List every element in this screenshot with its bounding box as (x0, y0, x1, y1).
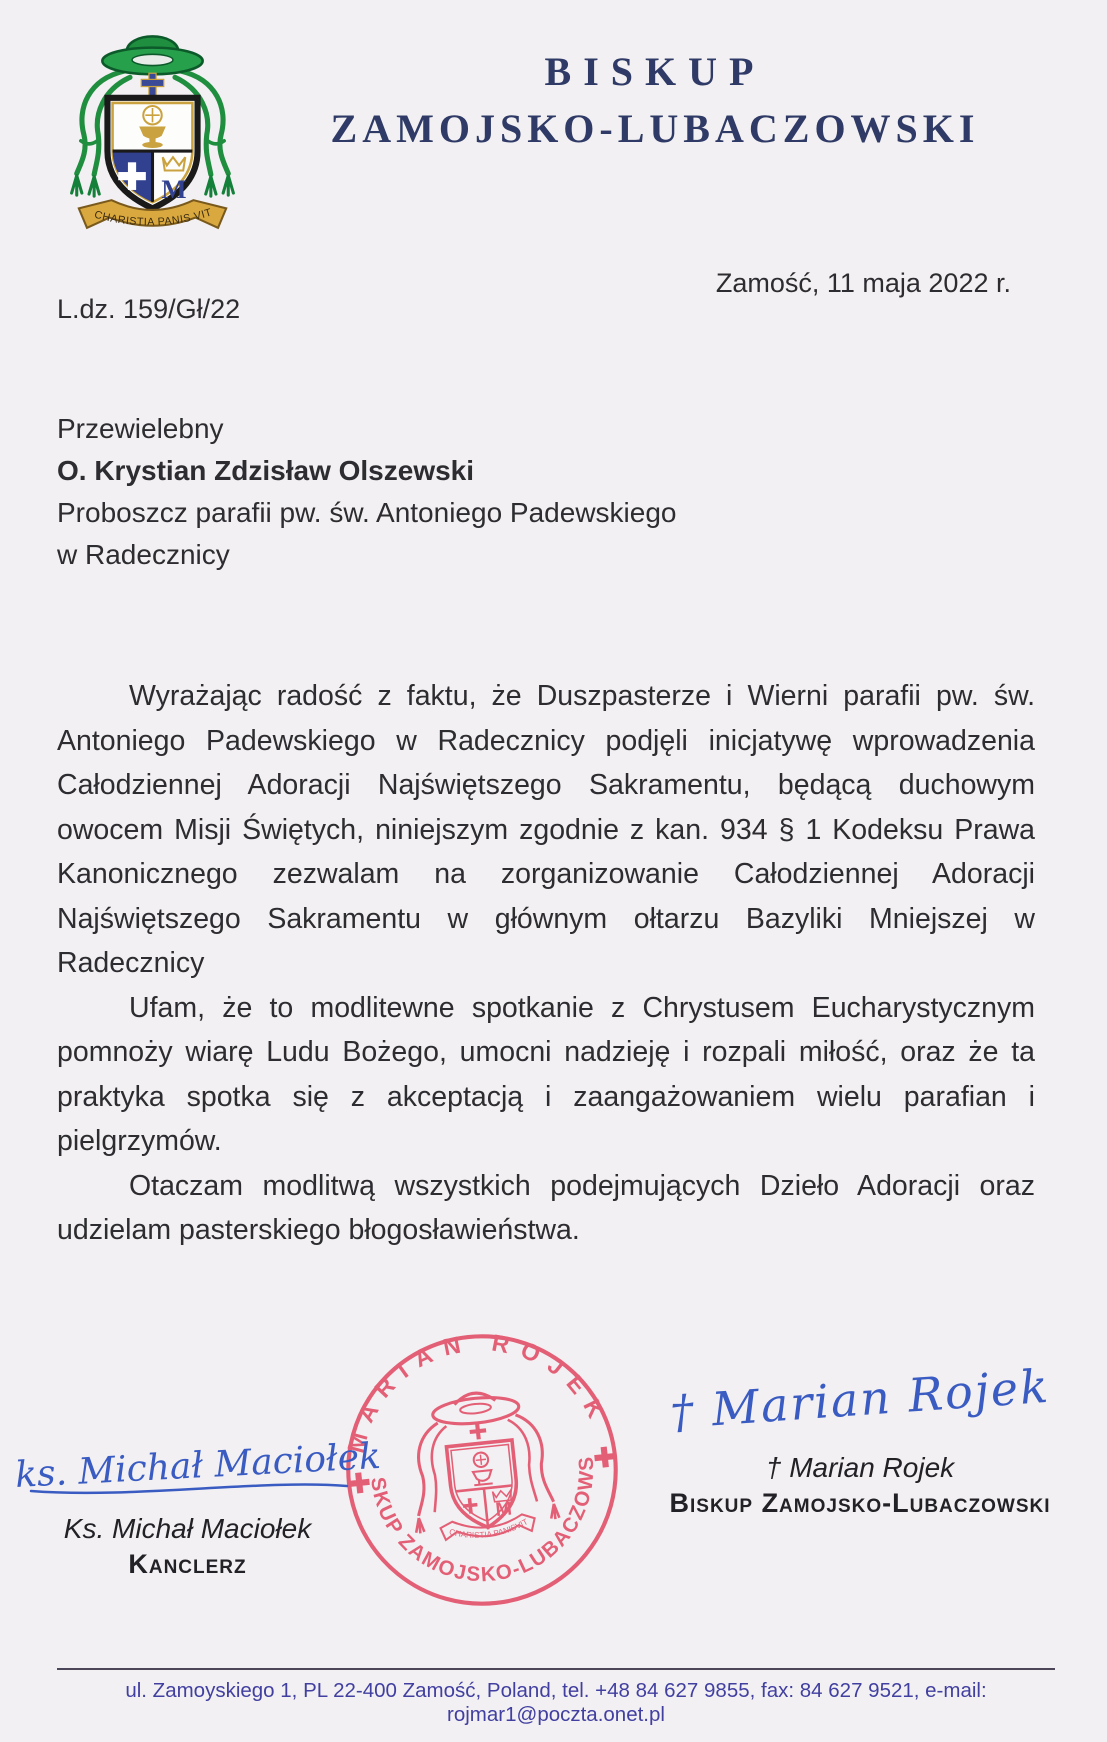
body-paragraph-3: Otaczam modlitwą wszystkich podejmującyc… (57, 1164, 1035, 1253)
letterhead-title: BISKUP ZAMOJSKO-LUBACZOWSKI (230, 48, 1080, 152)
seal-monogram: M (494, 1497, 512, 1521)
place-date: Zamość, 11 maja 2022 r. (716, 268, 1011, 299)
bishop-printed-name: † Marian Rojek (630, 1452, 1090, 1484)
body-paragraph-1: Wyrażając radość z faktu, że Duszpasterz… (57, 674, 1035, 986)
letterhead-title-line2: ZAMOJSKO-LUBACZOWSKI (230, 105, 1080, 152)
reference-number: L.dz. 159/Gł/22 (57, 294, 240, 325)
letterhead-title-line1: BISKUP (230, 48, 1080, 95)
addressee-salutation: Przewielebny (57, 408, 676, 450)
addressee-title: Proboszcz parafii pw. św. Antoniego Pade… (57, 492, 676, 534)
letter-body: Wyrażając radość z faktu, że Duszpasterz… (57, 674, 1035, 1253)
addressee-block: Przewielebny O. Krystian Zdzisław Olszew… (57, 408, 676, 576)
marian-monogram: M (161, 174, 186, 204)
chancellor-printed-title: Kanclerz (15, 1549, 360, 1580)
addressee-location: w Radecznicy (57, 534, 676, 576)
addressee-name: O. Krystian Zdzisław Olszewski (57, 450, 676, 492)
chancellor-signature-block: ks. Michał Maciołek Ks. Michał Maciołek … (15, 1446, 360, 1580)
footer: ul. Zamoyskiego 1, PL 22-400 Zamość, Pol… (57, 1668, 1055, 1727)
tassels-right (206, 176, 234, 196)
bishop-handwritten-signature: † Marian Rojek (629, 1356, 1092, 1442)
bishop-printed-title: Biskup Zamojsko-Lubaczowski (630, 1488, 1090, 1519)
bishop-signature-block: † Marian Rojek † Marian Rojek Biskup Zam… (630, 1372, 1090, 1519)
galero-hat-icon (102, 36, 202, 74)
tassels-left (72, 176, 100, 196)
body-paragraph-2: Ufam, że to modlitewne spotkanie z Chrys… (57, 986, 1035, 1164)
chancellor-printed-name: Ks. Michał Maciołek (15, 1513, 360, 1545)
shield: M (107, 98, 197, 217)
scanned-letter-page: M EUCHARISTIA PANIS VITAE BISKUP ZAMOJSK… (0, 0, 1107, 1742)
coat-of-arms: M EUCHARISTIA PANIS VITAE (50, 20, 255, 235)
cross-icon (141, 73, 164, 96)
footer-contact: ul. Zamoyskiego 1, PL 22-400 Zamość, Pol… (125, 1679, 986, 1726)
